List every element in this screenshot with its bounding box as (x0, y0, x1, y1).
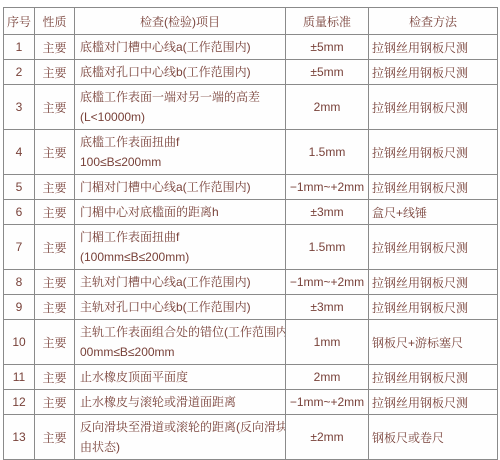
item-line: 底槛工作表面一端对另一端的高差 (80, 87, 285, 107)
table-row: 12主要止水橡皮与滚轮或滑道面距离−1mm~+2mm拉钢丝用钢板尺测 (4, 390, 498, 415)
header-nature: 性质 (35, 8, 75, 35)
row-method: 盒尺+线锤 (369, 200, 498, 225)
row-method: 拉钢丝用钢板尺测 (369, 175, 498, 200)
row-standard: ±3mm (286, 200, 369, 225)
row-method: 拉钢丝用钢板尺测 (369, 295, 498, 320)
item-line: 底槛工作表面扭曲f (80, 132, 285, 152)
row-nature: 主要 (35, 200, 75, 225)
item-line: 00mm≤B≤200mm (80, 342, 285, 362)
row-nature: 主要 (35, 130, 75, 175)
row-method: 拉钢丝用钢板尺测 (369, 390, 498, 415)
table-row: 10主要主轨工作表面组合处的错位(工作范围内)100mm≤B≤200mm1mm钢… (4, 320, 498, 365)
row-number: 13 (4, 415, 35, 451)
table-row: 5主要门楣对门槽中心线a(工作范围内)−1mm~+2mm拉钢丝用钢板尺测 (4, 175, 498, 200)
row-item: 止水橡皮与滚轮或滑道面距离 (75, 390, 286, 415)
inspection-table: 序号 性质 检查(检验)项目 质量标准 检查方法 1主要底槛对门槽中心线a(工作… (3, 7, 498, 450)
row-item: 底槛对门槽中心线a(工作范围内) (75, 35, 286, 60)
table-row: 3主要底槛工作表面一端对另一端的高差(L<10000m)2mm拉钢丝用钢板尺测 (4, 85, 498, 130)
row-number: 9 (4, 295, 35, 320)
row-nature: 主要 (35, 320, 75, 365)
row-standard: ±5mm (286, 60, 369, 85)
row-nature: 主要 (35, 295, 75, 320)
table-row: 13主要反向滑块至滑道或滚轮的距离(反向滑块自由状态)±2mm钢板尺或卷尺 (4, 415, 498, 451)
row-number: 8 (4, 270, 35, 295)
row-number: 3 (4, 85, 35, 130)
row-method: 拉钢丝用钢板尺测 (369, 130, 498, 175)
row-number: 7 (4, 225, 35, 270)
table-row: 6主要门楣中心对底槛面的距离h±3mm盒尺+线锤 (4, 200, 498, 225)
item-line: (100mm≤B≤200mm) (80, 247, 285, 267)
row-item: 主轨工作表面组合处的错位(工作范围内)100mm≤B≤200mm (75, 320, 286, 365)
row-nature: 主要 (35, 225, 75, 270)
row-method: 钢板尺或卷尺 (369, 415, 498, 451)
row-nature: 主要 (35, 85, 75, 130)
row-nature: 主要 (35, 270, 75, 295)
item-line: 主轨对孔口中心线b(工作范围内) (80, 297, 285, 317)
row-standard: 1mm (286, 320, 369, 365)
row-item: 门楣对门槽中心线a(工作范围内) (75, 175, 286, 200)
header-row: 序号 性质 检查(检验)项目 质量标准 检查方法 (4, 8, 498, 35)
row-item: 主轨对孔口中心线b(工作范围内) (75, 295, 286, 320)
header-method: 检查方法 (369, 8, 498, 35)
row-nature: 主要 (35, 35, 75, 60)
row-item: 门楣中心对底槛面的距离h (75, 200, 286, 225)
row-item: 底槛工作表面扭曲f100≤B≤200mm (75, 130, 286, 175)
row-number: 4 (4, 130, 35, 175)
row-nature: 主要 (35, 390, 75, 415)
item-line: 止水橡皮顶面平面度 (80, 367, 285, 387)
header-no: 序号 (4, 8, 35, 35)
item-line: 门楣工作表面扭曲f (80, 227, 285, 247)
row-number: 5 (4, 175, 35, 200)
table-body: 1主要底槛对门槽中心线a(工作范围内)±5mm拉钢丝用钢板尺测2主要底槛对孔口中… (4, 35, 498, 451)
item-line: 反向滑块至滑道或滚轮的距离(反向滑块自 (80, 417, 285, 437)
row-standard: −1mm~+2mm (286, 175, 369, 200)
table-row: 4主要底槛工作表面扭曲f100≤B≤200mm1.5mm拉钢丝用钢板尺测 (4, 130, 498, 175)
item-line: 主轨工作表面组合处的错位(工作范围内)1 (80, 322, 285, 342)
row-method: 钢板尺+游标塞尺 (369, 320, 498, 365)
item-line: 主轨对门槽中心线a(工作范围内) (80, 272, 285, 292)
row-nature: 主要 (35, 415, 75, 451)
row-standard: −1mm~+2mm (286, 270, 369, 295)
row-method: 拉钢丝用钢板尺测 (369, 85, 498, 130)
inspection-table-container: 序号 性质 检查(检验)项目 质量标准 检查方法 1主要底槛对门槽中心线a(工作… (3, 7, 497, 450)
table-row: 7主要门楣工作表面扭曲f(100mm≤B≤200mm)1.5mm拉钢丝用钢板尺测 (4, 225, 498, 270)
row-number: 12 (4, 390, 35, 415)
row-method: 拉钢丝用钢板尺测 (369, 225, 498, 270)
row-nature: 主要 (35, 60, 75, 85)
row-standard: 2mm (286, 365, 369, 390)
row-method: 拉钢丝用钢板尺测 (369, 365, 498, 390)
row-standard: ±2mm (286, 415, 369, 451)
row-standard: ±5mm (286, 35, 369, 60)
row-number: 11 (4, 365, 35, 390)
table-row: 9主要主轨对孔口中心线b(工作范围内)±3mm拉钢丝用钢板尺测 (4, 295, 498, 320)
row-standard: −1mm~+2mm (286, 390, 369, 415)
row-item: 底槛对孔口中心线b(工作范围内) (75, 60, 286, 85)
table-row: 11主要止水橡皮顶面平面度2mm拉钢丝用钢板尺测 (4, 365, 498, 390)
row-method: 拉钢丝用钢板尺测 (369, 270, 498, 295)
row-item: 底槛工作表面一端对另一端的高差(L<10000m) (75, 85, 286, 130)
row-item: 止水橡皮顶面平面度 (75, 365, 286, 390)
row-number: 1 (4, 35, 35, 60)
item-line: 底槛对孔口中心线b(工作范围内) (80, 62, 285, 82)
row-nature: 主要 (35, 175, 75, 200)
row-item: 门楣工作表面扭曲f(100mm≤B≤200mm) (75, 225, 286, 270)
item-line: (L<10000m) (80, 107, 285, 127)
item-line: 门楣对门槽中心线a(工作范围内) (80, 177, 285, 197)
row-method: 拉钢丝用钢板尺测 (369, 60, 498, 85)
item-line: 门楣中心对底槛面的距离h (80, 202, 285, 222)
header-item: 检查(检验)项目 (75, 8, 286, 35)
item-line: 底槛对门槽中心线a(工作范围内) (80, 37, 285, 57)
row-standard: ±3mm (286, 295, 369, 320)
item-line: 100≤B≤200mm (80, 152, 285, 172)
table-row: 2主要底槛对孔口中心线b(工作范围内)±5mm拉钢丝用钢板尺测 (4, 60, 498, 85)
item-line: 止水橡皮与滚轮或滑道面距离 (80, 392, 285, 412)
row-method: 拉钢丝用钢板尺测 (369, 35, 498, 60)
header-standard: 质量标准 (286, 8, 369, 35)
row-number: 10 (4, 320, 35, 365)
table-row: 8主要主轨对门槽中心线a(工作范围内)−1mm~+2mm拉钢丝用钢板尺测 (4, 270, 498, 295)
row-standard: 2mm (286, 85, 369, 130)
item-line: 由状态) (80, 437, 285, 450)
table-row: 1主要底槛对门槽中心线a(工作范围内)±5mm拉钢丝用钢板尺测 (4, 35, 498, 60)
row-standard: 1.5mm (286, 225, 369, 270)
row-item: 反向滑块至滑道或滚轮的距离(反向滑块自由状态) (75, 415, 286, 451)
row-nature: 主要 (35, 365, 75, 390)
row-standard: 1.5mm (286, 130, 369, 175)
row-number: 2 (4, 60, 35, 85)
row-item: 主轨对门槽中心线a(工作范围内) (75, 270, 286, 295)
row-number: 6 (4, 200, 35, 225)
